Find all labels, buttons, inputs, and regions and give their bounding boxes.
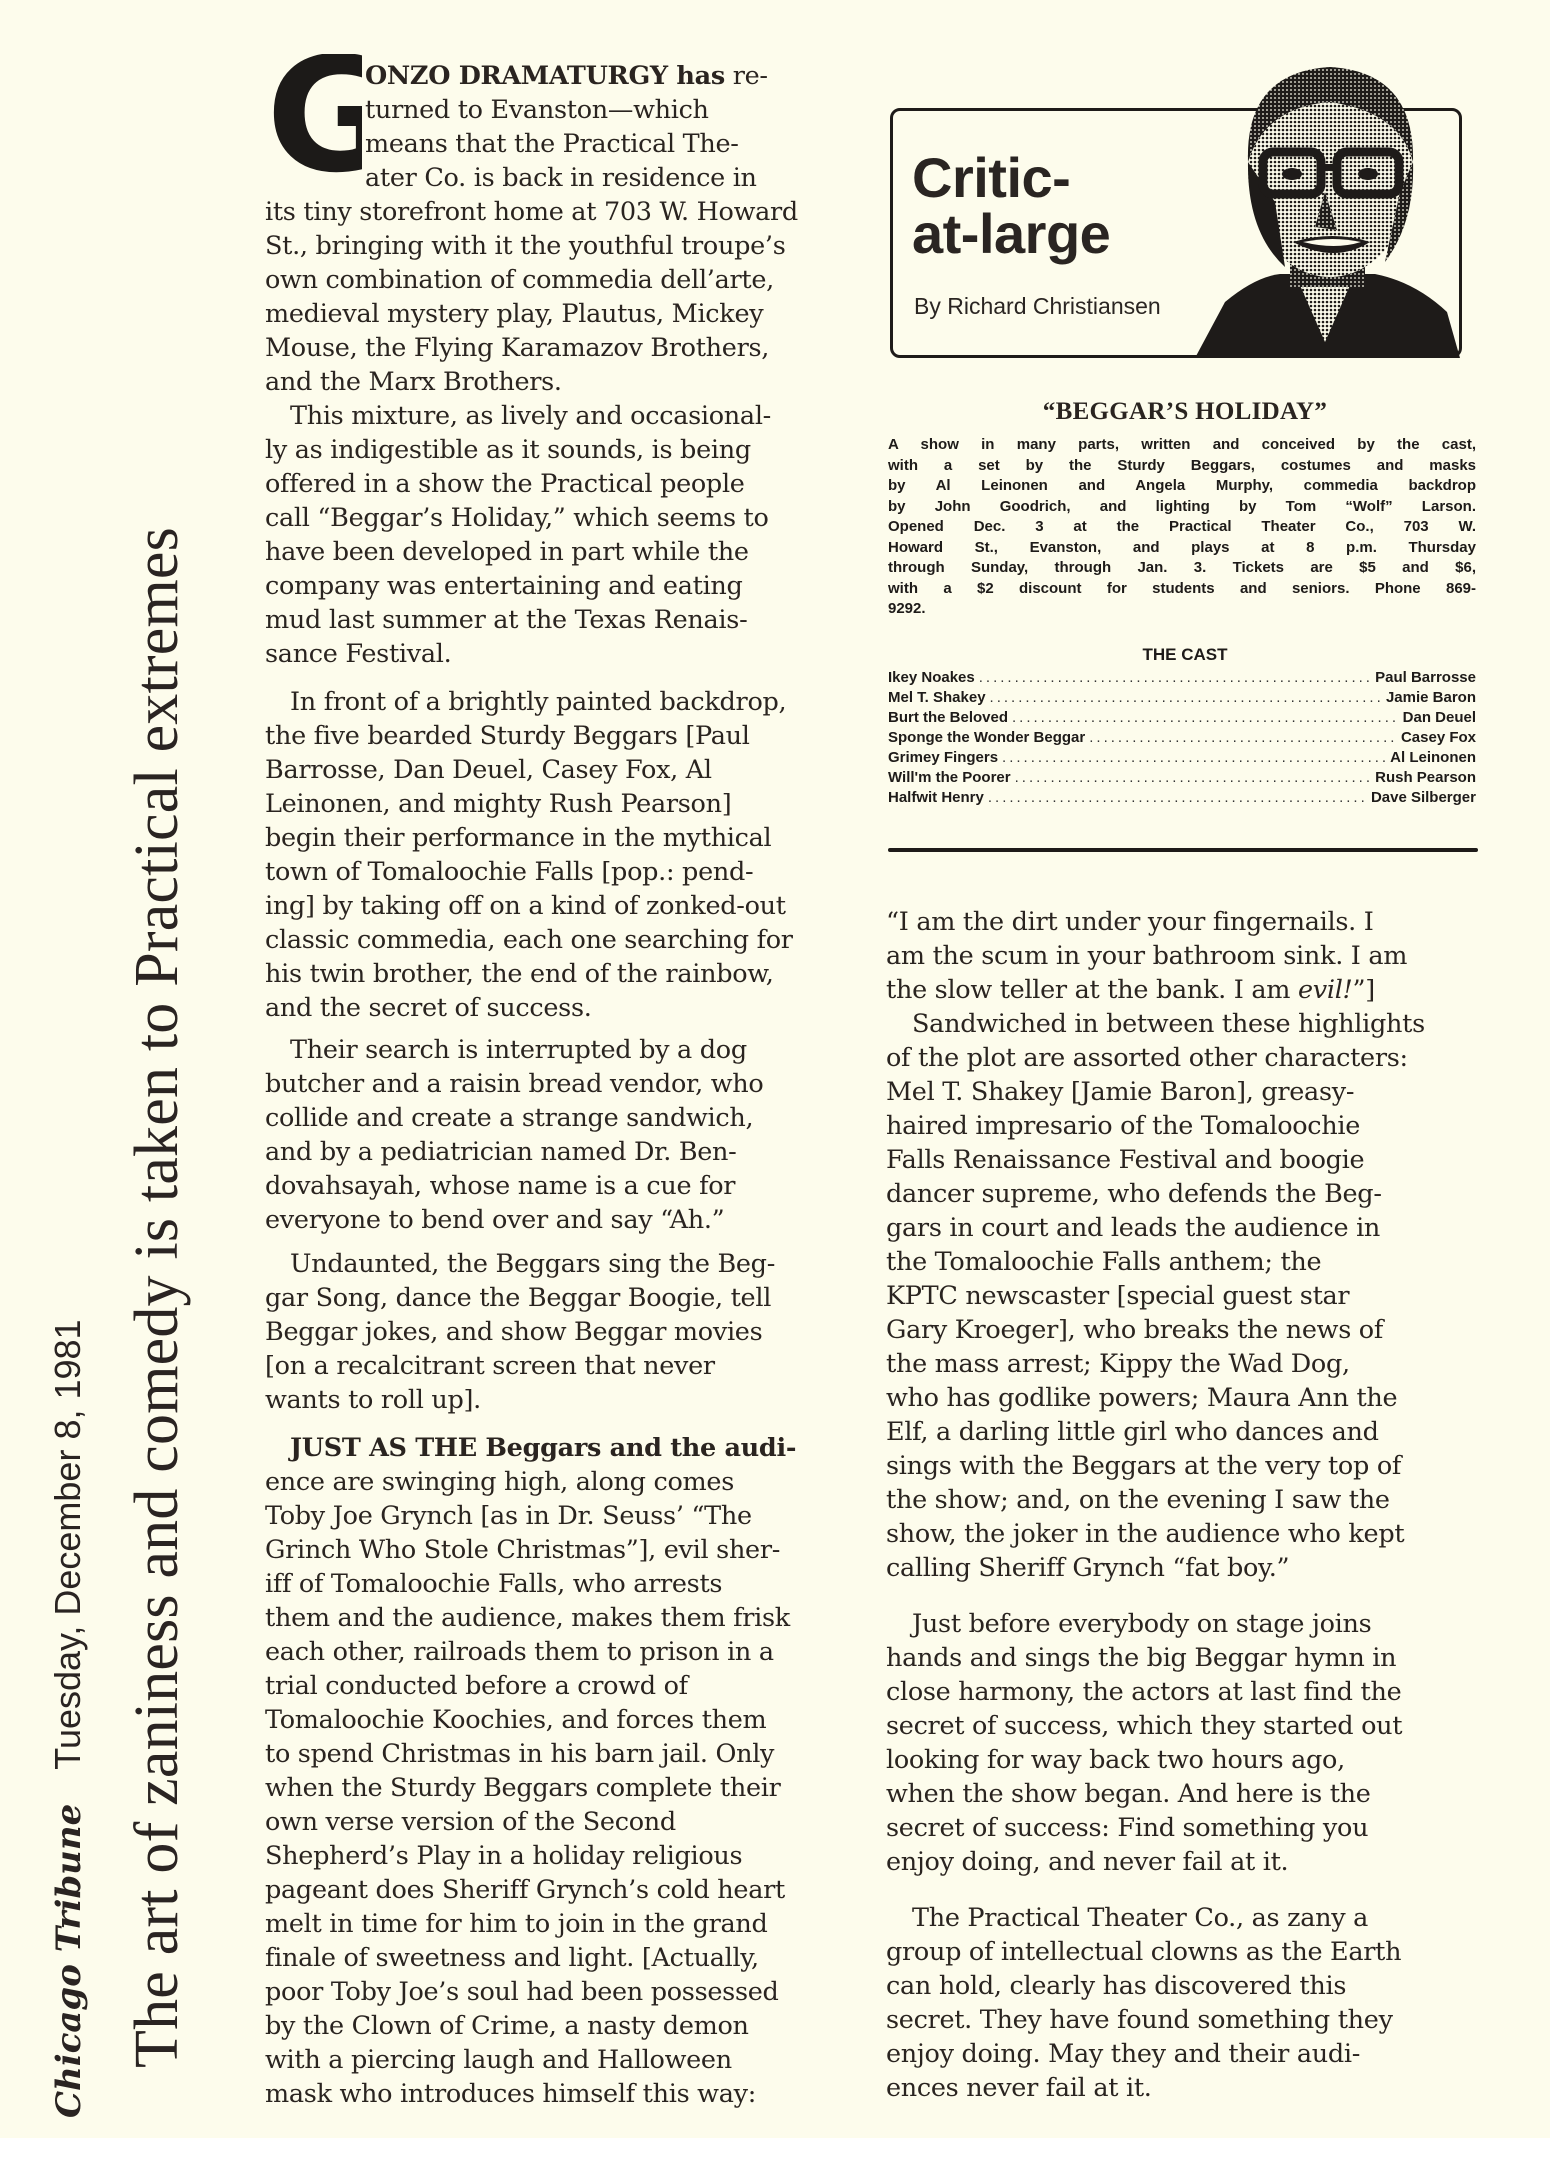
byline: By Richard Christiansen — [914, 293, 1161, 320]
article-line: calling Sheriff Grynch “fat boy.” — [886, 1552, 1289, 1584]
article-line: poor Toby Joe’s soul had been possessed — [265, 1976, 779, 2008]
cast-row: Grimey Fingers..........................… — [888, 748, 1476, 768]
article-line: Elf, a darling little girl who dances an… — [886, 1416, 1379, 1448]
article-line: Undaunted, the Beggars sing the Beg- — [290, 1248, 775, 1280]
cast-row: Will'm the Poorer.......................… — [888, 768, 1476, 788]
cast-role: Sponge the Wonder Beggar — [888, 728, 1085, 748]
leader-dots: ........................................… — [979, 668, 1371, 688]
credits-line: through Sunday, through Jan. 3. Tickets … — [888, 559, 1476, 577]
credits-line: with a set by the Sturdy Beggars, costum… — [888, 457, 1476, 475]
article-line: town of Tomaloochie Falls [pop.: pend- — [265, 856, 753, 888]
article-line: sance Festival. — [265, 638, 451, 670]
column-title-line1: Critic- — [912, 150, 1110, 206]
article-line: enjoy doing. May they and their audi- — [886, 2038, 1360, 2070]
cast-row: Ikey Noakes.............................… — [888, 668, 1476, 688]
credits-line: A show in many parts, written and concei… — [888, 436, 1476, 454]
article-line: to spend Christmas in his barn jail. Onl… — [265, 1738, 774, 1770]
article-line: Grinch Who Stole Christmas”], evil sher- — [265, 1534, 780, 1566]
article-line: Just before everybody on stage joins — [912, 1608, 1371, 1640]
article-line: of the plot are assorted other character… — [886, 1042, 1408, 1074]
article-line: pageant does Sheriff Grynch’s cold heart — [265, 1874, 785, 1906]
article-line: “I am the dirt under your fingernails. I — [886, 906, 1374, 938]
article-line: his twin brother, the end of the rainbow… — [265, 958, 774, 990]
article-line: butcher and a raisin bread vendor, who — [265, 1068, 763, 1100]
article-line: Their search is interrupted by a dog — [290, 1034, 747, 1066]
article-line: the show; and, on the evening I saw the — [886, 1484, 1390, 1516]
article-line: the mass arrest; Kippy the Wad Dog, — [886, 1348, 1350, 1380]
article-line: am the scum in your bathroom sink. I am — [886, 940, 1407, 972]
article-line: looking for way back two hours ago, — [886, 1744, 1345, 1776]
cast-role: Grimey Fingers — [888, 748, 998, 768]
article-line: and by a pediatrician named Dr. Ben- — [265, 1136, 737, 1168]
cast-heading: THE CAST — [880, 645, 1490, 665]
article-line: JUST AS THE Beggars and the audi- — [290, 1432, 796, 1464]
show-title: “BEGGAR’S HOLIDAY” — [880, 398, 1490, 426]
article-line: with a piercing laugh and Halloween — [265, 2044, 732, 2076]
publication-date: Tuesday, December 8, 1981 — [47, 1319, 88, 1769]
article-line: the slow teller at the bank. I am evil!”… — [886, 974, 1375, 1006]
leader-dots: ........................................… — [1012, 708, 1399, 728]
article-line: mud last summer at the Texas Renais- — [265, 604, 747, 636]
article-line: turned to Evanston—which — [365, 94, 709, 126]
article-line: ater Co. is back in residence in — [365, 162, 757, 194]
article-line: secret. They have found something they — [886, 2004, 1393, 2036]
article-line: Toby Joe Grynch [as in Dr. Seuss’ “The — [265, 1500, 752, 1532]
section-divider-rule — [888, 848, 1478, 852]
article-line: company was entertaining and eating — [265, 570, 743, 602]
leader-dots: ........................................… — [990, 688, 1382, 708]
article-line: and the Marx Brothers. — [265, 366, 562, 398]
cast-role: Burt the Beloved — [888, 708, 1008, 728]
credits-line: by Al Leinonen and Angela Murphy, commed… — [888, 477, 1476, 495]
article-line: when the show began. And here is the — [886, 1778, 1371, 1810]
article-line: St., bringing with it the youthful troup… — [265, 230, 785, 262]
cast-actor: Dan Deuel — [1403, 708, 1476, 728]
article-line: everyone to bend over and say “Ah.” — [265, 1204, 724, 1236]
credits-line: Howard St., Evanston, and plays at 8 p.m… — [888, 539, 1476, 557]
article-line: ing] by taking off on a kind of zonked-o… — [265, 890, 786, 922]
cast-role: Ikey Noakes — [888, 668, 975, 688]
credits-line: Opened Dec. 3 at the Practical Theater C… — [888, 518, 1476, 536]
headline: The art of zaniness and comedy is taken … — [126, 527, 188, 2068]
newspaper-name: Chicago Tribune — [49, 1804, 89, 2118]
cast-row: Mel T. Shakey...........................… — [888, 688, 1476, 708]
article-line: ence are swinging high, along comes — [265, 1466, 734, 1498]
cast-role: Will'm the Poorer — [888, 768, 1011, 788]
cast-role: Mel T. Shakey — [888, 688, 986, 708]
article-line: ly as indigestible as it sounds, is bein… — [265, 434, 751, 466]
article-line: Gary Kroeger], who breaks the news of — [886, 1314, 1383, 1346]
leader-dots: ........................................… — [1015, 768, 1372, 788]
article-line: own combination of commedia dell’arte, — [265, 264, 774, 296]
article-line: can hold, clearly has discovered this — [886, 1970, 1346, 2002]
article-line: secret of success: Find something you — [886, 1812, 1368, 1844]
cast-actor: Rush Pearson — [1375, 768, 1476, 788]
article-line: Sandwiched in between these highlights — [912, 1008, 1425, 1040]
article-line: ONZO DRAMATURGY has re- — [365, 60, 768, 92]
article-line: KPTC newscaster [special guest star — [886, 1280, 1349, 1312]
cast-actor: Al Leinonen — [1390, 748, 1476, 768]
article-line: close harmony, the actors at last find t… — [886, 1676, 1401, 1708]
article-line: the Tomaloochie Falls anthem; the — [886, 1246, 1321, 1278]
article-line: group of intellectual clowns as the Eart… — [886, 1936, 1401, 1968]
article-line: finale of sweetness and light. [Actually… — [265, 1942, 759, 1974]
article-line: Barrosse, Dan Deuel, Casey Fox, Al — [265, 754, 712, 786]
article-line: its tiny storefront home at 703 W. Howar… — [265, 196, 798, 228]
article-line: secret of success, which they started ou… — [886, 1710, 1402, 1742]
article-line: medieval mystery play, Plautus, Mickey — [265, 298, 763, 330]
article-line: haired impresario of the Tomaloochie — [886, 1110, 1360, 1142]
article-line: The Practical Theater Co., as zany a — [912, 1902, 1368, 1934]
cast-actor: Paul Barrosse — [1375, 668, 1476, 688]
masthead: Chicago Tribune Tuesday, December 8, 198… — [44, 1319, 92, 2118]
credits-line: 9292. — [888, 600, 1476, 618]
cast-actor: Jamie Baron — [1386, 688, 1476, 708]
article-line: In front of a brightly painted backdrop, — [290, 686, 786, 718]
cast-row: Burt the Beloved........................… — [888, 708, 1476, 728]
cast-row: Sponge the Wonder Beggar................… — [888, 728, 1476, 748]
article-line: own verse version of the Second — [265, 1806, 676, 1838]
credits-line: with a $2 discount for students and seni… — [888, 580, 1476, 598]
article-line: begin their performance in the mythical — [265, 822, 771, 854]
article-line: hands and sings the big Beggar hymn in — [886, 1642, 1396, 1674]
credits-line: by John Goodrich, and lighting by Tom “W… — [888, 498, 1476, 516]
article-line: wants to roll up]. — [265, 1384, 481, 1416]
article-line: classic commedia, each one searching for — [265, 924, 793, 956]
article-line: This mixture, as lively and occasional- — [290, 400, 771, 432]
article-line: collide and create a strange sandwich, — [265, 1102, 753, 1134]
article-line: sings with the Beggars at the very top o… — [886, 1450, 1401, 1482]
leader-dots: ........................................… — [1089, 728, 1397, 748]
article-line: dovahsayah, whose name is a cue for — [265, 1170, 735, 1202]
article-line: means that the Practical The- — [365, 128, 739, 160]
article-line: when the Sturdy Beggars complete their — [265, 1772, 781, 1804]
article-line: by the Clown of Crime, a nasty demon — [265, 2010, 749, 2042]
leader-dots: ........................................… — [988, 788, 1367, 808]
article-line: trial conducted before a crowd of — [265, 1670, 688, 1702]
article-line: gars in court and leads the audience in — [886, 1212, 1380, 1244]
article-line: the five bearded Sturdy Beggars [Paul — [265, 720, 750, 752]
article-line: who has godlike powers; Maura Ann the — [886, 1382, 1397, 1414]
article-line: Leinonen, and mighty Rush Pearson] — [265, 788, 731, 820]
article-line: ences never fail at it. — [886, 2072, 1152, 2104]
article-line: them and the audience, makes them frisk — [265, 1602, 790, 1634]
cast-actor: Dave Silberger — [1371, 788, 1476, 808]
article-line: Shepherd’s Play in a holiday religious — [265, 1840, 742, 1872]
article-line: show, the joker in the audience who kept — [886, 1518, 1404, 1550]
cast-actor: Casey Fox — [1401, 728, 1476, 748]
article-line: dancer supreme, who defends the Beg- — [886, 1178, 1382, 1210]
article-line: gar Song, dance the Beggar Boogie, tell — [265, 1282, 771, 1314]
article-line: each other, railroads them to prison in … — [265, 1636, 774, 1668]
article-line: Tomaloochie Koochies, and forces them — [265, 1704, 766, 1736]
article-line: [on a recalcitrant screen that never — [265, 1350, 715, 1382]
cast-row: Halfwit Henry...........................… — [888, 788, 1476, 808]
article-line: Mel T. Shakey [Jamie Baron], greasy- — [886, 1076, 1354, 1108]
article-line: iff of Tomaloochie Falls, who arrests — [265, 1568, 722, 1600]
article-line: offered in a show the Practical people — [265, 468, 745, 500]
cast-role: Halfwit Henry — [888, 788, 984, 808]
drop-cap: G — [266, 54, 362, 178]
column-title: Critic- at-large — [912, 150, 1110, 262]
article-line: have been developed in part while the — [265, 536, 749, 568]
article-line: Falls Renaissance Festival and boogie — [886, 1144, 1364, 1176]
article-line: mask who introduces himself this way: — [265, 2078, 756, 2110]
article-line: melt in time for him to join in the gran… — [265, 1908, 768, 1940]
article-line: enjoy doing, and never fail at it. — [886, 1846, 1288, 1878]
article-line: and the secret of success. — [265, 992, 592, 1024]
column-title-line2: at-large — [912, 206, 1110, 262]
article-line: Beggar jokes, and show Beggar movies — [265, 1316, 762, 1348]
leader-dots: ........................................… — [1002, 748, 1386, 768]
article-line: call “Beggar’s Holiday,” which seems to — [265, 502, 769, 534]
critic-portrait-image — [1185, 52, 1460, 358]
article-line: Mouse, the Flying Karamazov Brothers, — [265, 332, 769, 364]
